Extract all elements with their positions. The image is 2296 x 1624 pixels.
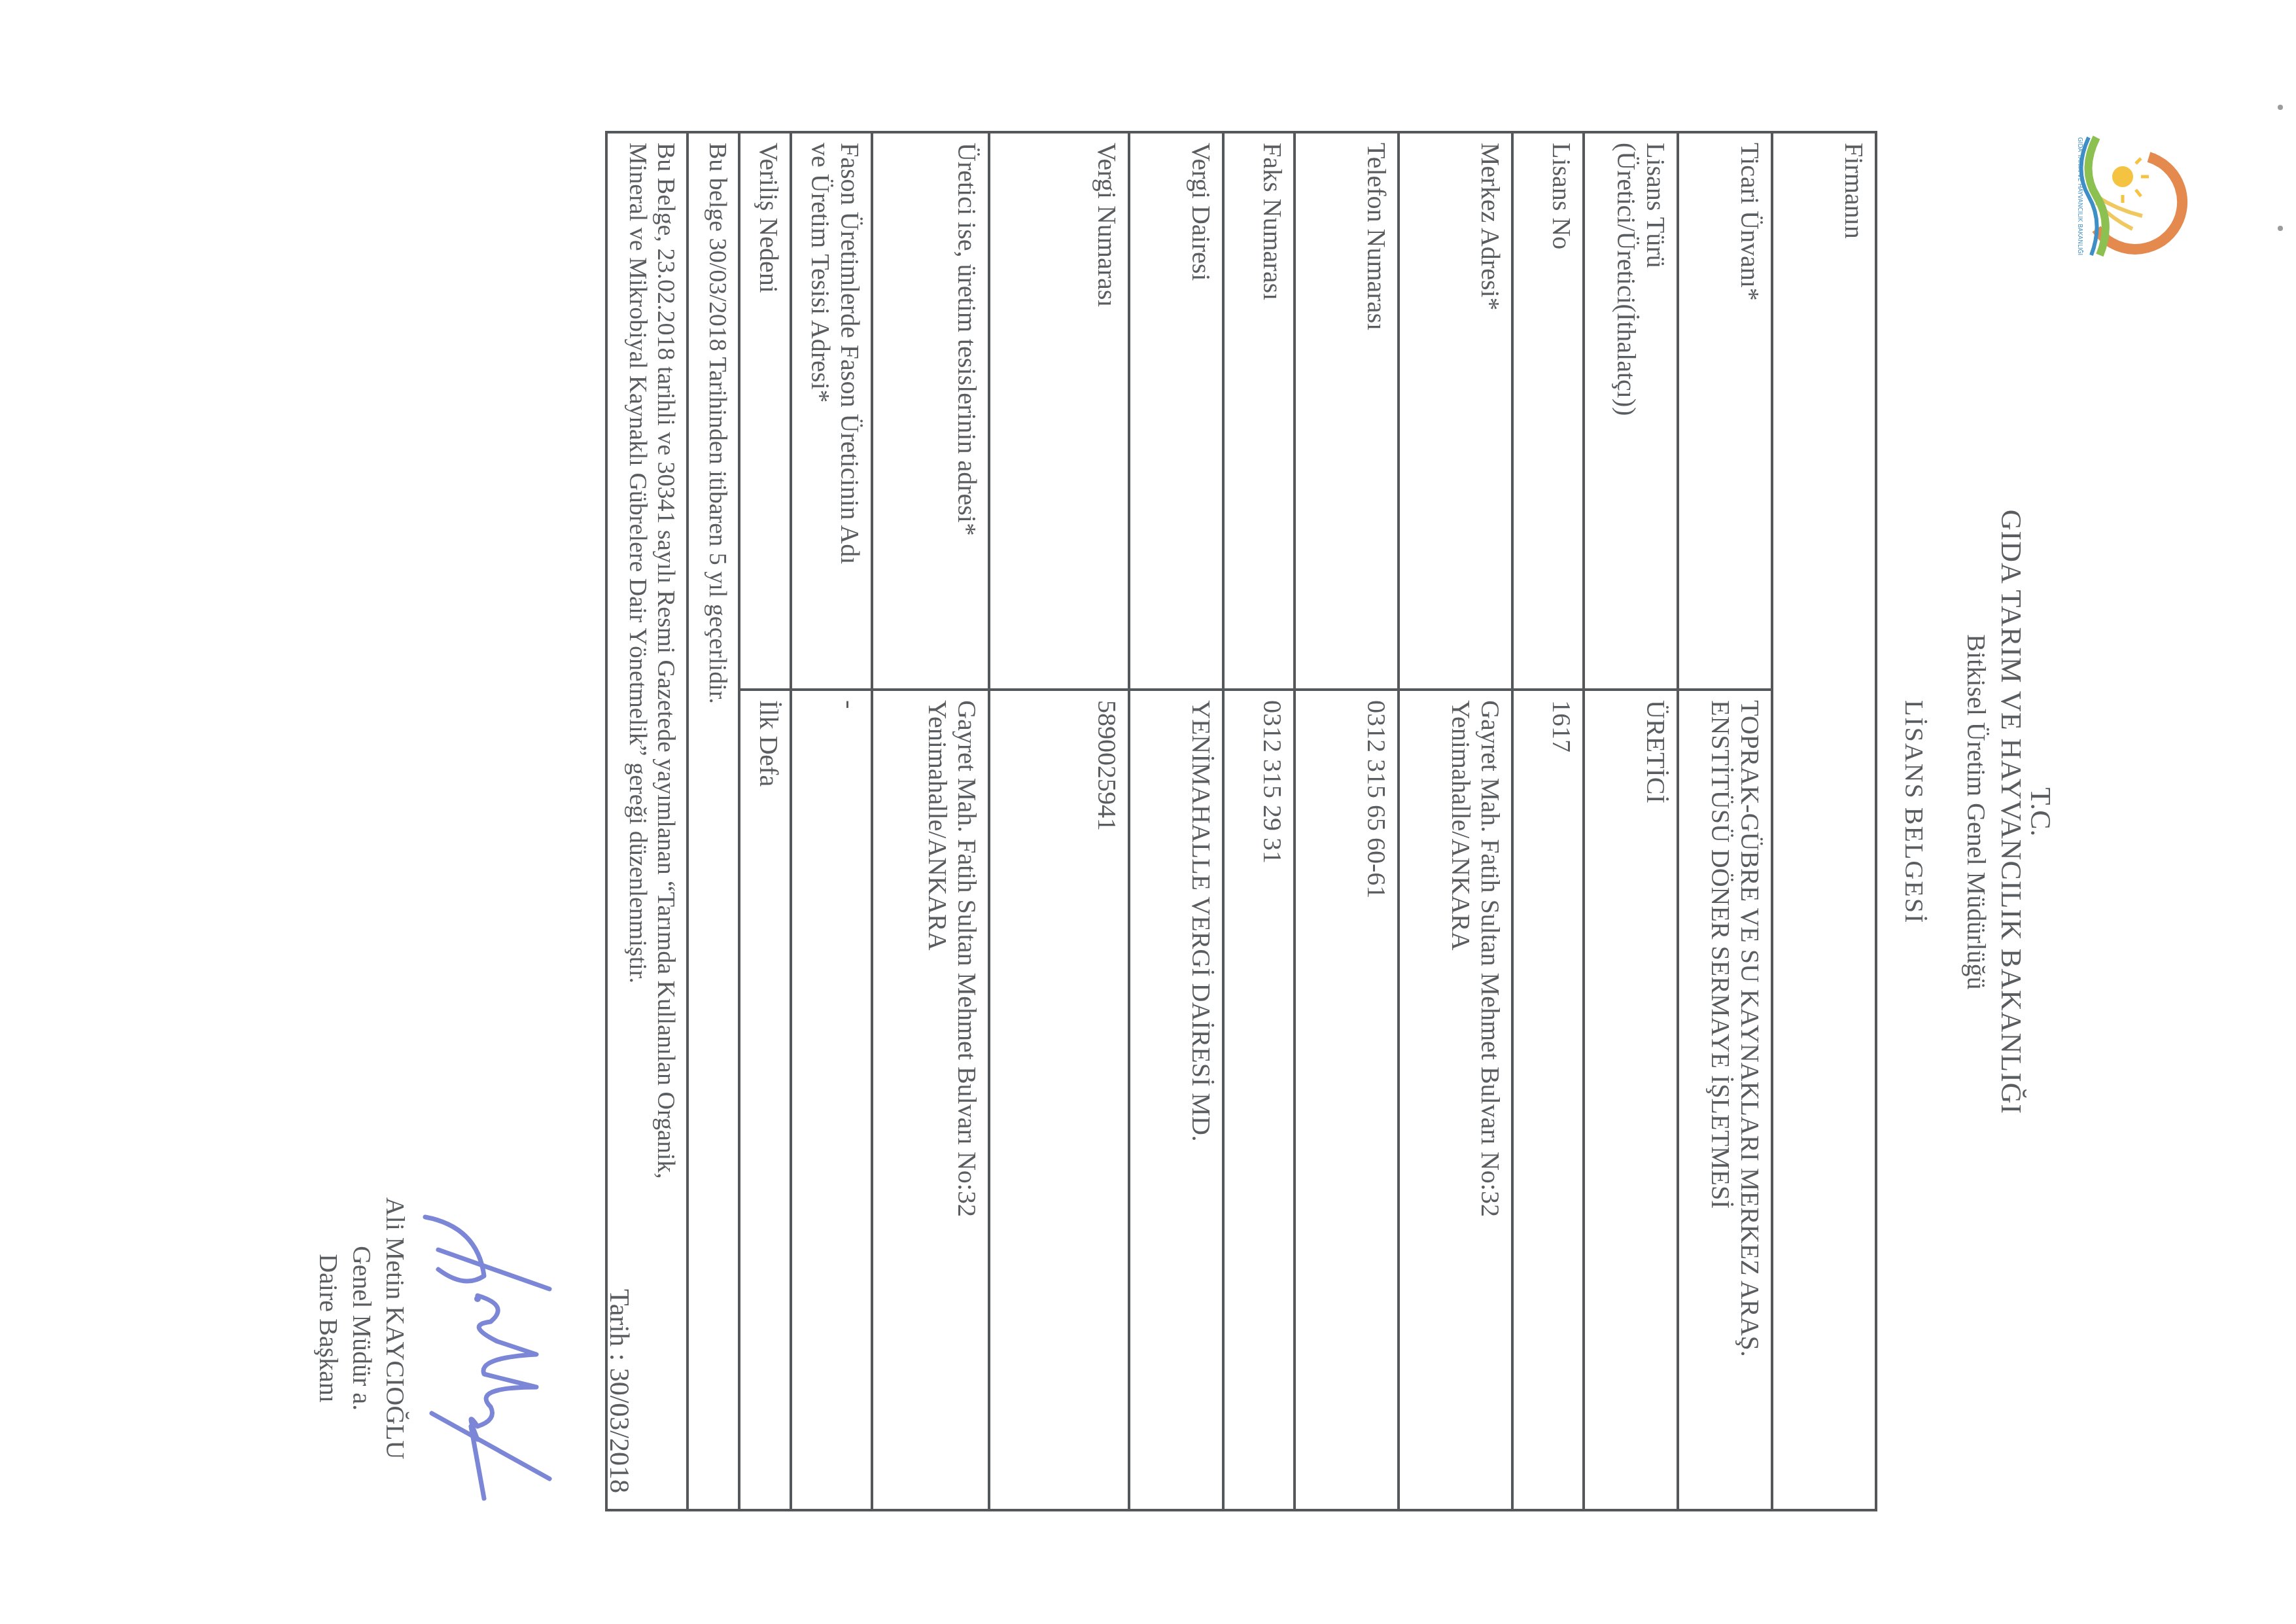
row-label: Ticari Ünvanı* <box>1678 132 1772 690</box>
trade-name-line-1: TOPRAK-GÜBRE VE SU KAYNAKLARI MERKEZ ARA… <box>1735 700 1764 1500</box>
issue-date: Tarih : 30/03/2018 <box>603 1289 635 1493</box>
signature-icon <box>412 1191 576 1518</box>
row-label: Merkez Adresi* <box>1399 132 1512 690</box>
table-row: Veriliş Nedeni İlk Defa <box>739 132 791 1510</box>
address-line-1: Gayret Mah. Fatih Sultan Mehmet Bulvarı … <box>1475 700 1505 1500</box>
row-label: Fason Üretimlerde Fason Üreticinin Adı v… <box>791 132 872 690</box>
label-line: ve Üretim Tesisi Adresi* <box>805 143 835 679</box>
table-row: Telefon Numarası 0312 315 65 60-61 <box>1295 132 1399 1510</box>
label-line: (Üretici/Üretici(İthalatçı)) <box>1611 143 1641 679</box>
row-value: 5890025941 <box>989 690 1129 1510</box>
scan-speck <box>2278 226 2283 231</box>
table-section-header: Firmanın <box>1772 132 1876 1510</box>
ministry-name: GIDA TARIM VE HAYVANCILIK BAKANLIĞI <box>1994 0 2028 1624</box>
row-label: Lisans Türü (Üretici/Üretici(İthalatçı)) <box>1584 132 1678 690</box>
table-row: Ticari Ünvanı* TOPRAK-GÜBRE VE SU KAYNAK… <box>1678 132 1772 1510</box>
ministry-logo-icon: GIDA TARIM VE HAYVANCILIK BAKANLIĞI <box>2070 131 2195 262</box>
row-value: Gayret Mah. Fatih Sultan Mehmet Bulvarı … <box>872 690 989 1510</box>
signer-block: Ali Metin KAYCIOĞLU Genel Müdür a. Daire… <box>311 1165 412 1492</box>
row-value: Gayret Mah. Fatih Sultan Mehmet Bulvarı … <box>1399 690 1512 1510</box>
label-line: Lisans Türü <box>1641 143 1670 679</box>
row-value: ÜRETİCİ <box>1584 690 1678 1510</box>
facility-address-line-2: Yenimahalle/ANKARA <box>922 700 952 1500</box>
table-row: Merkez Adresi* Gayret Mah. Fatih Sultan … <box>1399 132 1512 1510</box>
row-label: Vergi Numarası <box>989 132 1129 690</box>
label-line: Fason Üretimlerde Fason Üreticinin Adı <box>835 143 864 679</box>
license-table: Firmanın Ticari Ünvanı* TOPRAK-GÜBRE VE … <box>605 131 1877 1511</box>
signer-title: Genel Müdür a. <box>345 1165 379 1492</box>
legal-basis-line-1: Bu Belge, 23.02.2018 tarihli ve 30341 sa… <box>652 143 680 1500</box>
table-row: Fason Üretimlerde Fason Üreticinin Adı v… <box>791 132 872 1510</box>
row-value: 0312 315 65 60-61 <box>1295 690 1399 1510</box>
trade-name-line-2: ENSTİTÜSÜ DÖNER SERMAYE İŞLETMESİ <box>1705 700 1735 1500</box>
row-label: Telefon Numarası <box>1295 132 1399 690</box>
validity-row: Bu belge 30/03/2018 Tarihinden itibaren … <box>687 132 739 1510</box>
table-row: Faks Numarası 0312 315 29 31 <box>1223 132 1295 1510</box>
row-value: - <box>791 690 872 1510</box>
scan-speck <box>2278 105 2283 110</box>
license-document-page: GIDA TARIM VE HAYVANCILIK BAKANLIĞI T.C.… <box>0 0 2296 1624</box>
validity-note: Bu belge 30/03/2018 Tarihinden itibaren … <box>687 132 739 1510</box>
table-row: Üretici ise, üretim tesislerinin adresi*… <box>872 132 989 1510</box>
table-row: Vergi Numarası 5890025941 <box>989 132 1129 1510</box>
row-label: Veriliş Nedeni <box>739 132 791 690</box>
signer-department: Daire Başkanı <box>311 1165 345 1492</box>
row-value: TOPRAK-GÜBRE VE SU KAYNAKLARI MERKEZ ARA… <box>1678 690 1772 1510</box>
directorate-name: Bitkisel Üretim Genel Müdürlüğü <box>1961 0 1992 1624</box>
row-label: Lisans No <box>1512 132 1584 690</box>
row-value: 0312 315 29 31 <box>1223 690 1295 1510</box>
table-row: Lisans No 1617 <box>1512 132 1584 1510</box>
table-row: Vergi Dairesi YENİMAHALLE VERGİ DAİRESİ … <box>1129 132 1223 1510</box>
row-value: YENİMAHALLE VERGİ DAİRESİ MD. <box>1129 690 1223 1510</box>
address-line-2: Yenimahalle/ANKARA <box>1446 700 1475 1500</box>
facility-address-line-1: Gayret Mah. Fatih Sultan Mehmet Bulvarı … <box>952 700 981 1500</box>
signer-name: Ali Metin KAYCIOĞLU <box>379 1165 412 1492</box>
row-label: Faks Numarası <box>1223 132 1295 690</box>
section-label: Firmanın <box>1772 132 1876 1510</box>
republic-label: T.C. <box>2024 0 2057 1624</box>
row-value: İlk Defa <box>739 690 791 1510</box>
document-title: LİSANS BELGESİ <box>1899 0 1930 1624</box>
row-value: 1617 <box>1512 690 1584 1510</box>
table-row: Lisans Türü (Üretici/Üretici(İthalatçı))… <box>1584 132 1678 1510</box>
row-label: Üretici ise, üretim tesislerinin adresi* <box>872 132 989 690</box>
row-label: Vergi Dairesi <box>1129 132 1223 690</box>
